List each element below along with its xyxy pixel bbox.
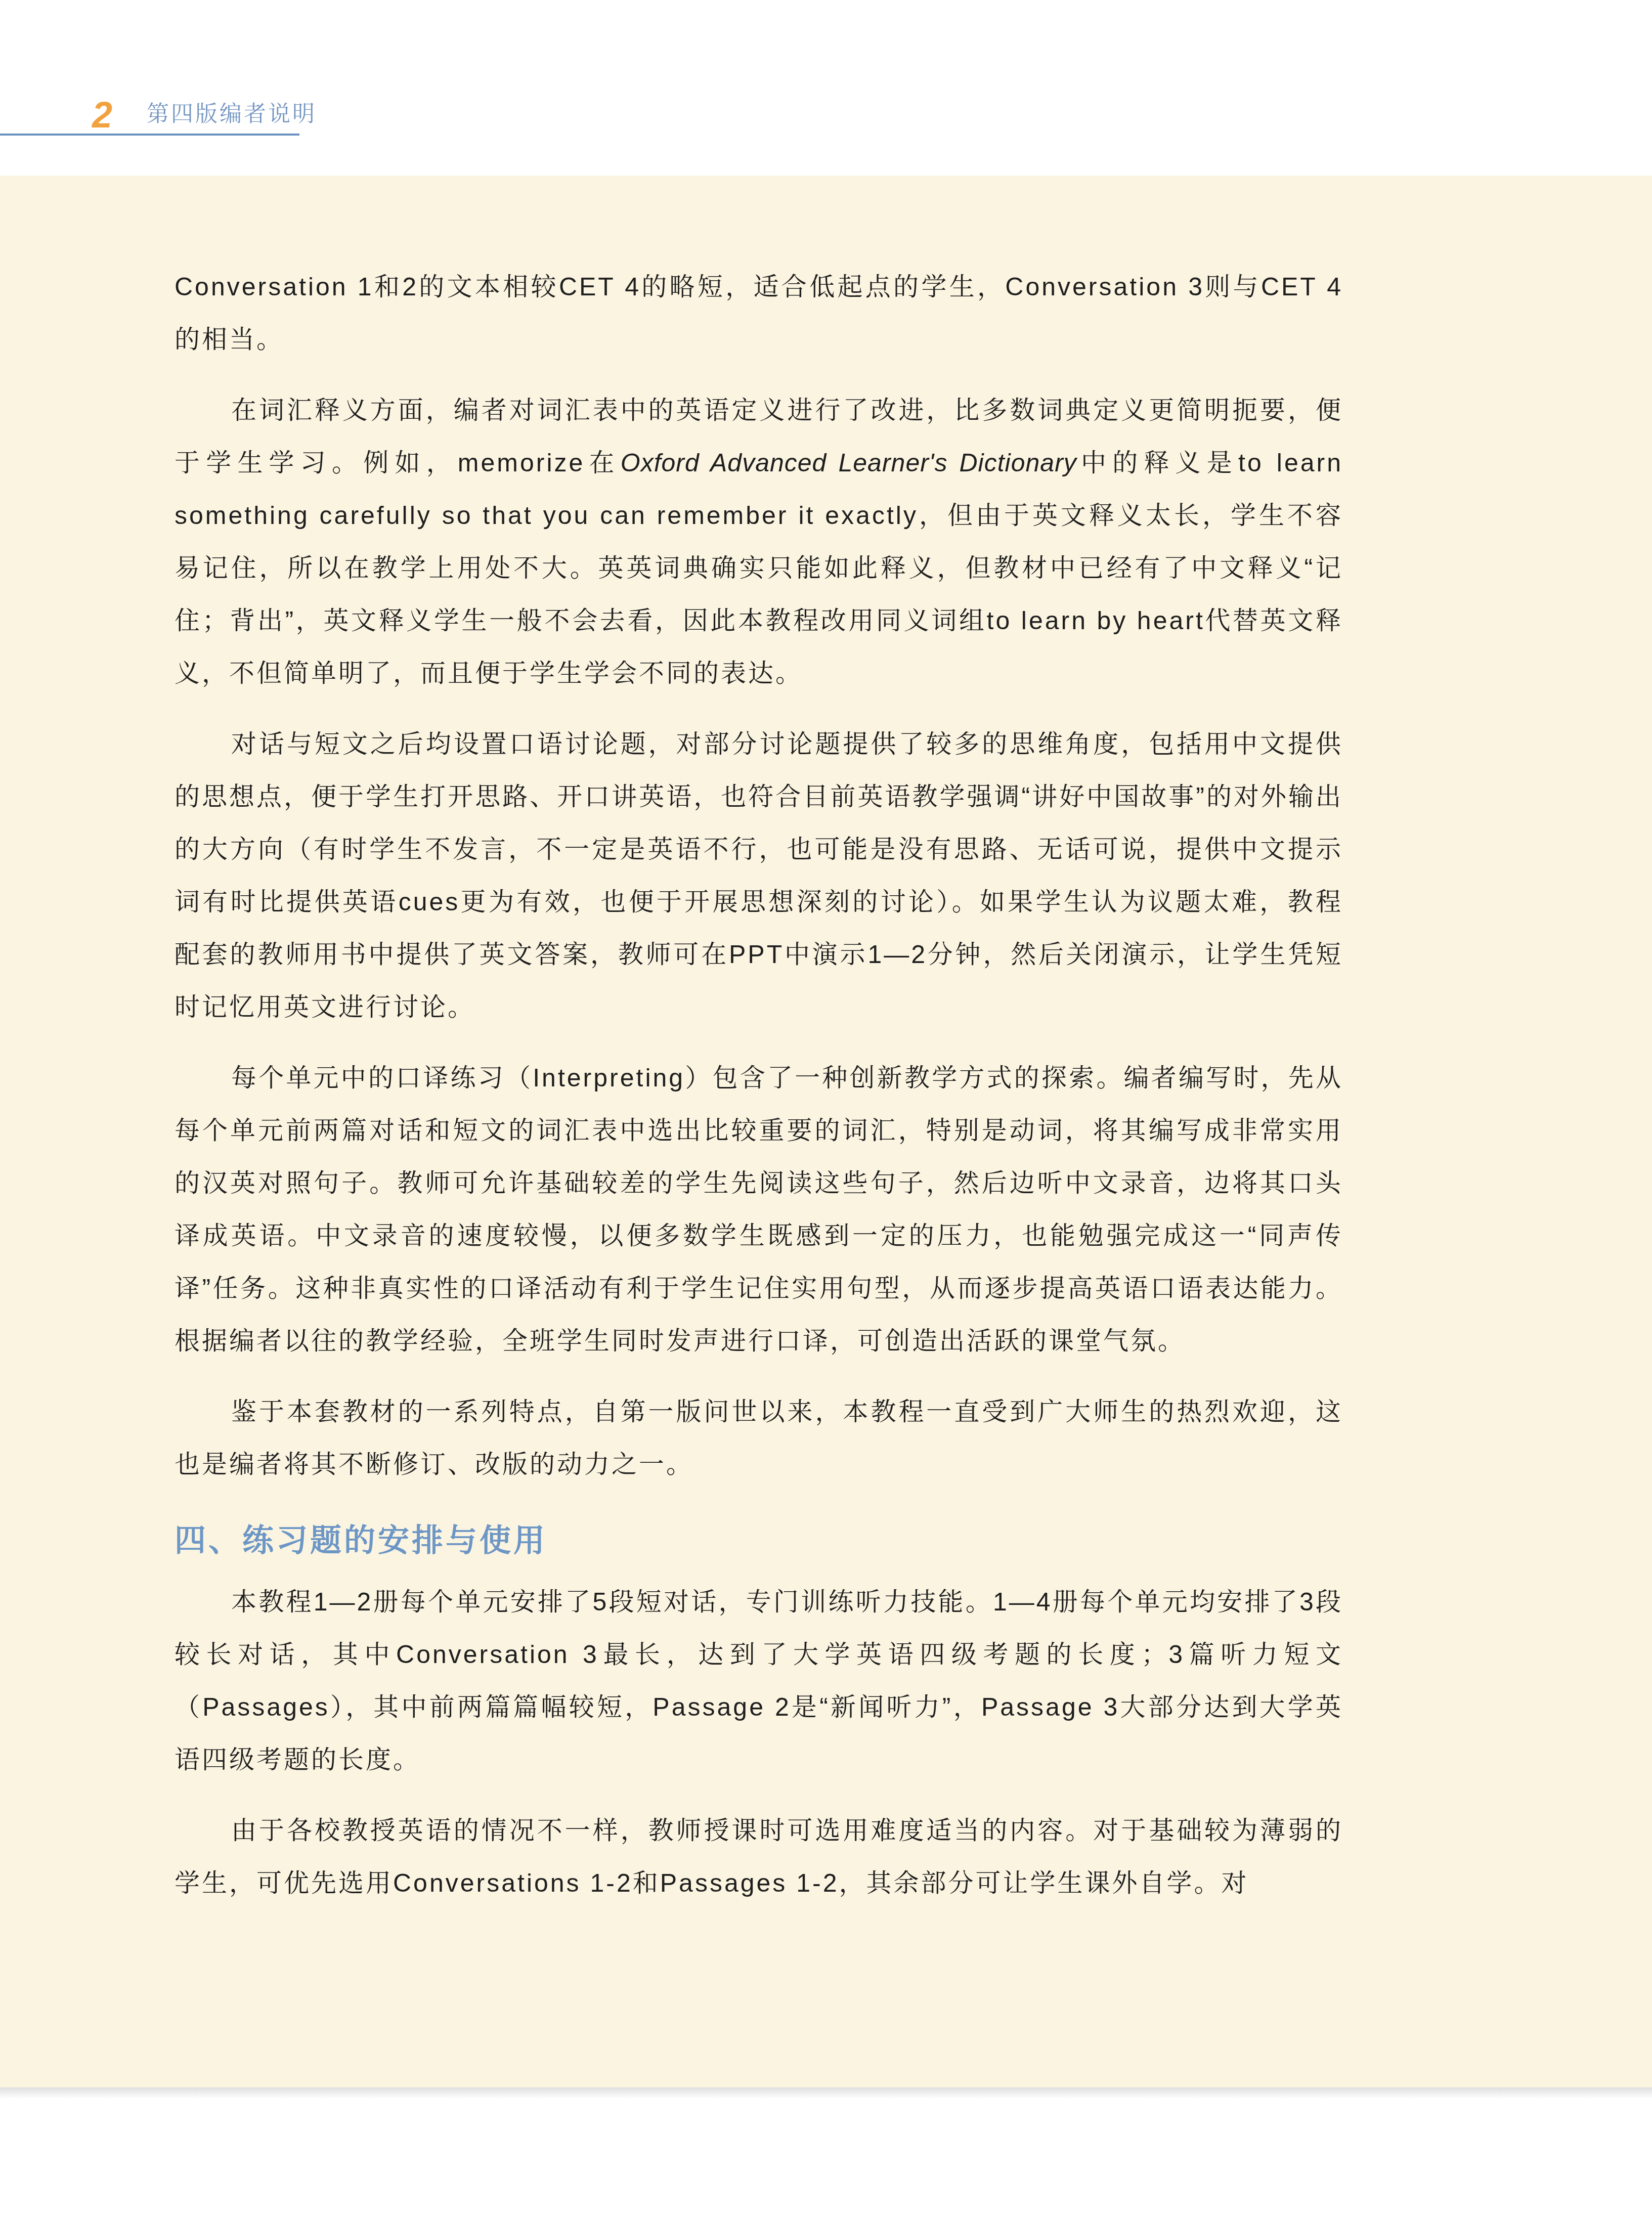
header-rule [0, 134, 299, 136]
text-run: Conversation 1和2的文本相较CET 4的略短，适合低起点的学生，C… [175, 273, 1343, 354]
body-paragraph: Conversation 1和2的文本相较CET 4的略短，适合低起点的学生，C… [175, 260, 1343, 366]
document-page: 2 第四版编者说明 Conversation 1和2的文本相较CET 4的略短，… [0, 0, 1652, 2225]
italic-text-run: Oxford Advanced Learner's Dictionary [621, 449, 1077, 477]
body-paragraph: 由于各校教授英语的情况不一样，教师授课时可选用难度适当的内容。对于基础较为薄弱的… [175, 1804, 1343, 1909]
page-header: 2 第四版编者说明 [0, 0, 1652, 176]
text-column: Conversation 1和2的文本相较CET 4的略短，适合低起点的学生，C… [175, 176, 1343, 1909]
body-paragraph: 鉴于本套教材的一系列特点，自第一版问世以来，本教程一直受到广大师生的热烈欢迎，这… [175, 1385, 1343, 1491]
text-run: 中的释义是to learn something carefully so tha… [175, 449, 1343, 687]
text-run: 本教程1—2册每个单元安排了5段短对话，专门训练听力技能。1—4册每个单元均安排… [175, 1588, 1343, 1774]
section-heading: 四、练习题的安排与使用 [175, 1520, 1343, 1562]
page-title: 第四版编者说明 [147, 103, 317, 125]
text-run: 由于各校教授英语的情况不一样，教师授课时可选用难度适当的内容。对于基础较为薄弱的… [175, 1816, 1343, 1897]
body-paragraph: 每个单元中的口译练习（Interpreting）包含了一种创新教学方式的探索。编… [175, 1052, 1343, 1367]
content-panel: Conversation 1和2的文本相较CET 4的略短，适合低起点的学生，C… [0, 176, 1652, 2087]
text-run: 每个单元中的口译练习（Interpreting）包含了一种创新教学方式的探索。编… [175, 1064, 1343, 1355]
body-paragraph: 对话与短文之后均设置口语讨论题，对部分讨论题提供了较多的思维角度，包括用中文提供… [175, 718, 1343, 1033]
text-run: 对话与短文之后均设置口语讨论题，对部分讨论题提供了较多的思维角度，包括用中文提供… [175, 730, 1343, 1021]
body-paragraph: 本教程1—2册每个单元安排了5段短对话，专门训练听力技能。1—4册每个单元均安排… [175, 1576, 1343, 1786]
text-run: 鉴于本套教材的一系列特点，自第一版问世以来，本教程一直受到广大师生的热烈欢迎，这… [175, 1398, 1343, 1478]
page-number: 2 [92, 97, 112, 134]
body-paragraph: 在词汇释义方面，编者对词汇表中的英语定义进行了改进，比多数词典定义更简明扼要，便… [175, 384, 1343, 700]
